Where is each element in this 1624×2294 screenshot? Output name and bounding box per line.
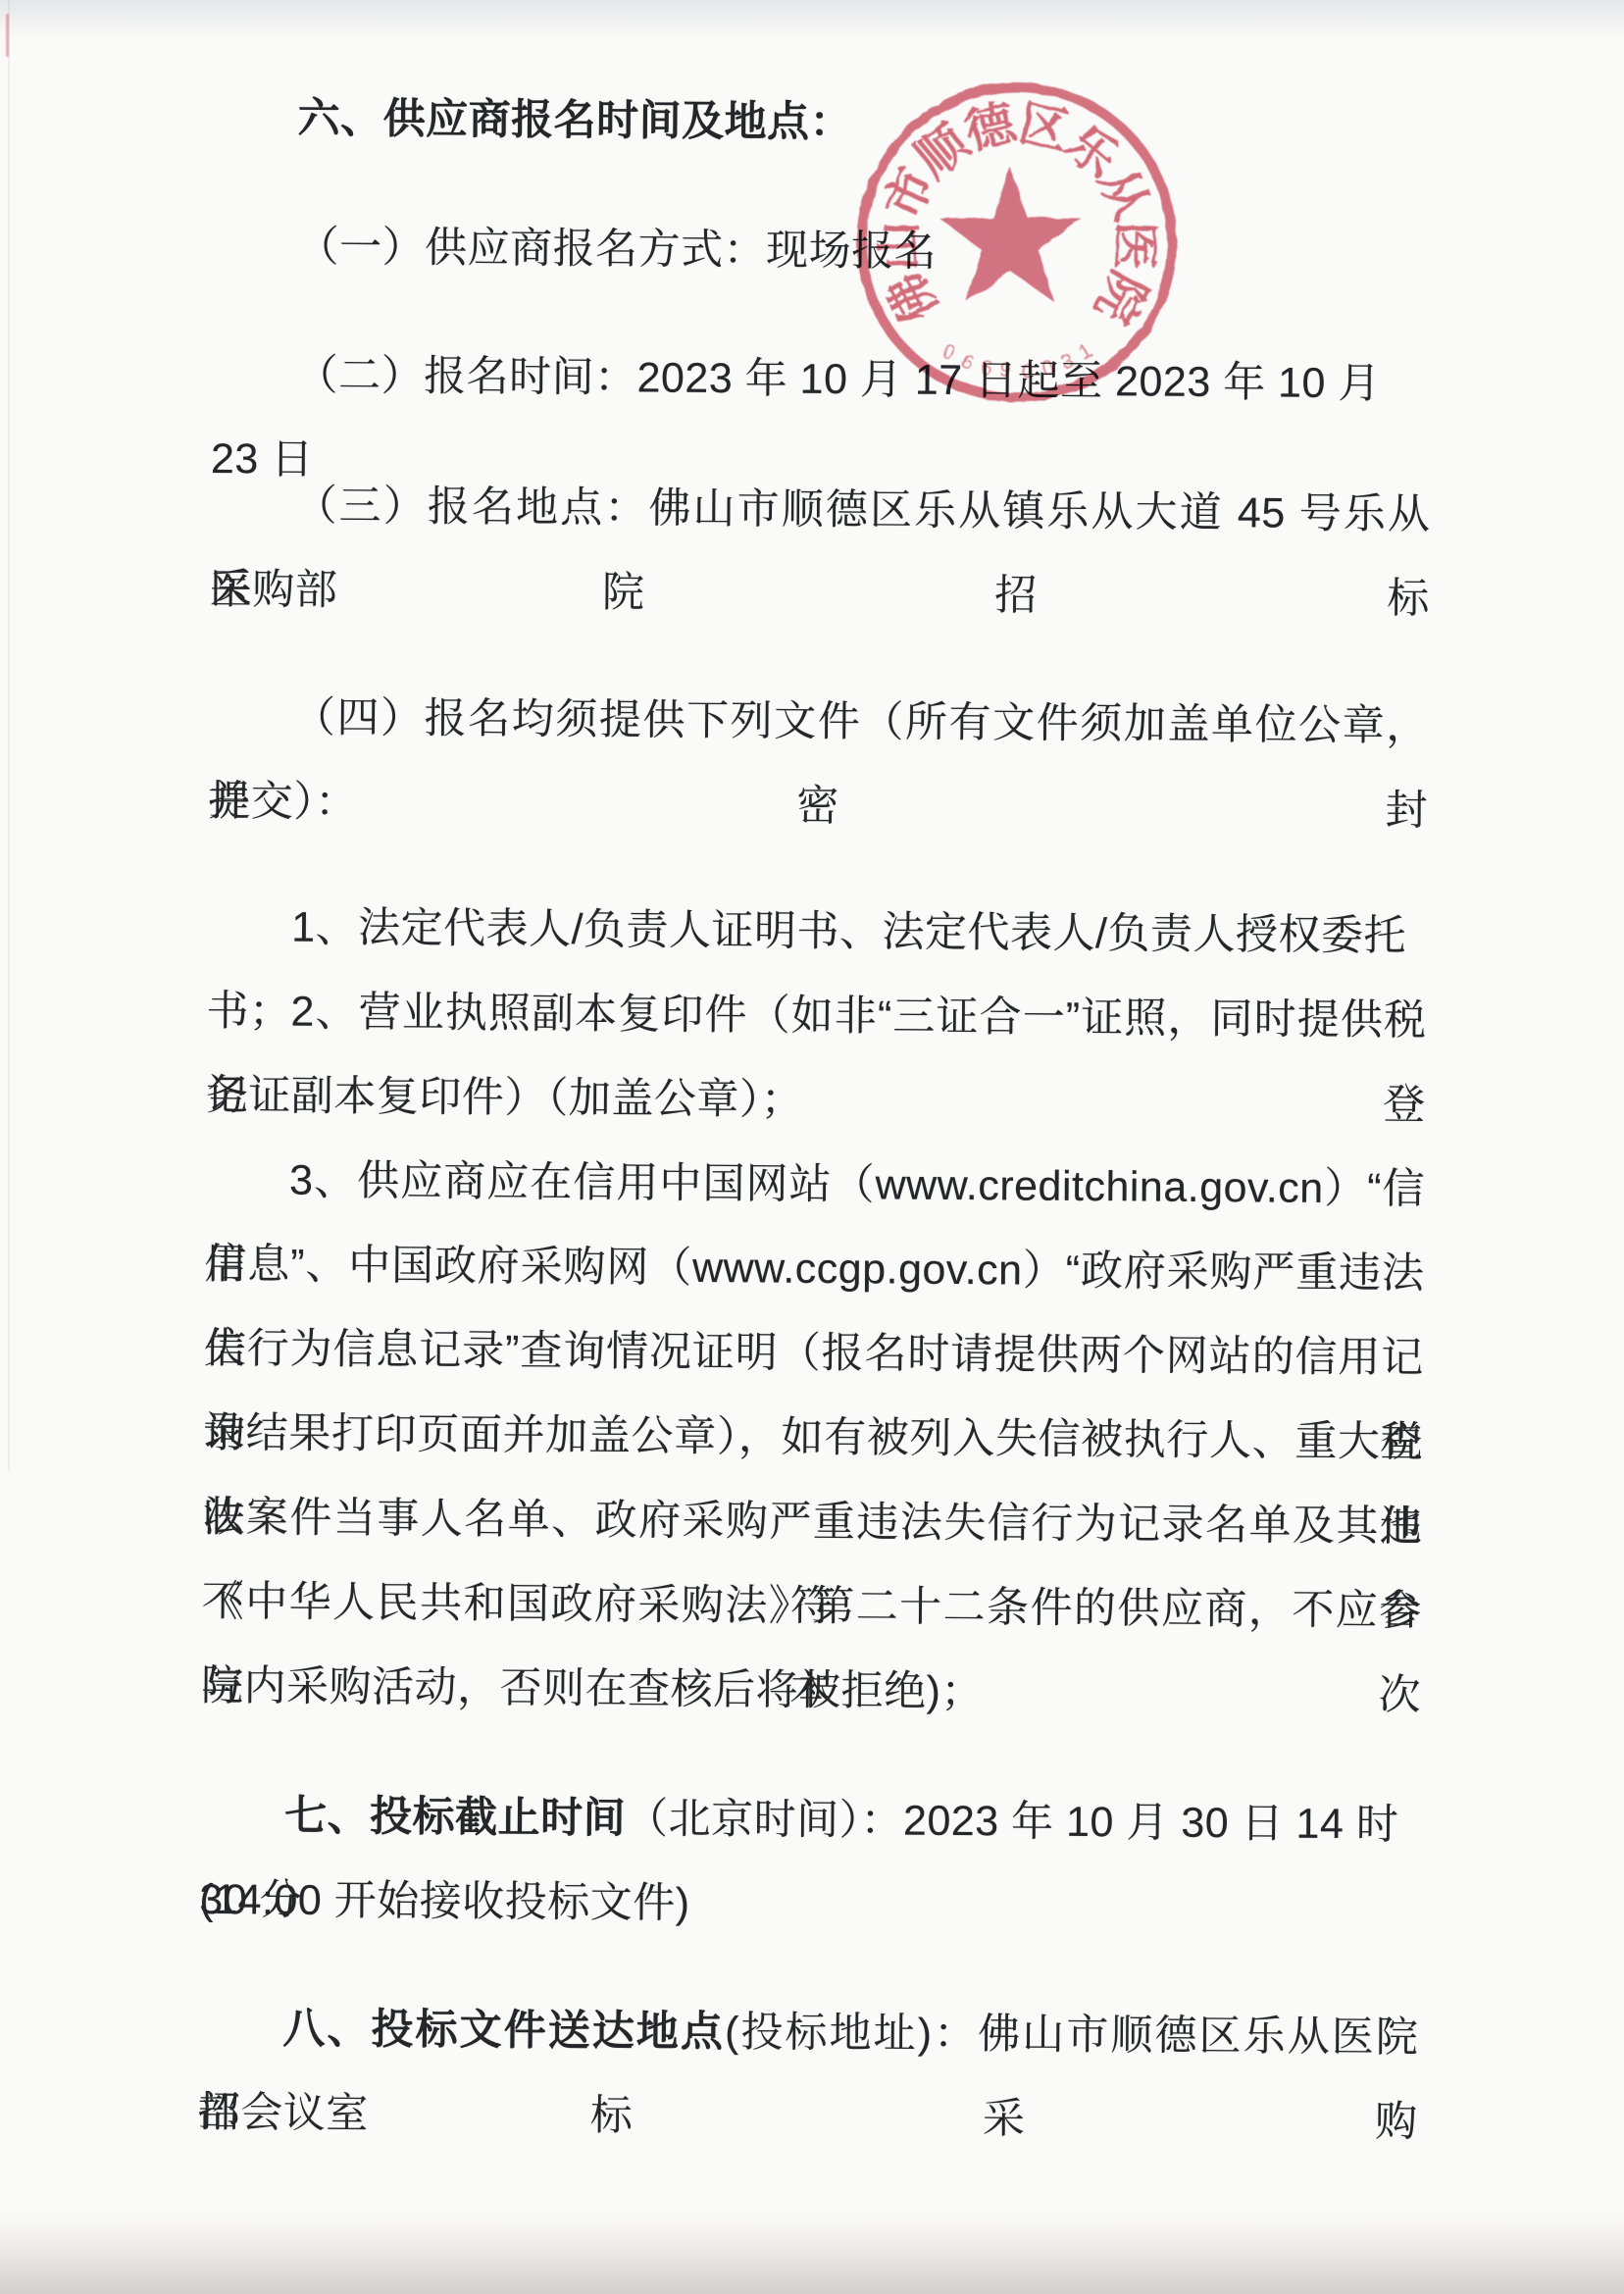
scan-top-shadow — [0, 0, 1624, 35]
item-3-credit-records: 3、供应商应在信用中国网站（www.creditchina.gov.cn）“信用… — [201, 1138, 1426, 1738]
para-1-registration-method: （一）供应商报名方式：现场报名 — [212, 204, 1433, 298]
text-segment: （四）报名均须提供下列文件（所有文件须加盖单位公章，并密封 — [208, 694, 1429, 835]
para-2-registration-time: （二）报名时间：2023 年 10 月 17 日起至 2023 年 10 月 2… — [211, 332, 1432, 427]
seal-arc-char: 山 — [871, 221, 928, 272]
section-7-bid-deadline: 七、投标截止时间（北京时间）：2023 年 10 月 30 日 14 时 30 … — [199, 1773, 1420, 1952]
text-line: 询结果打印页面并加盖公章），如有被列入失信被执行人、重大税收违 — [203, 1391, 1424, 1485]
para-3-registration-place: （三）报名地点：佛山市顺德区乐从镇乐从大道 45 号乐从医院招标采购部 — [210, 463, 1431, 641]
text-line: 3、供应商应在信用中国网站（www.creditchina.gov.cn）“信用 — [205, 1138, 1426, 1232]
text-segment: (14:00 开始接收投标文件) — [199, 1876, 690, 1927]
seal-serial-digit: 3 — [1057, 349, 1077, 375]
text-line: 七、投标截止时间（北京时间）：2023 年 10 月 30 日 14 时 30 … — [200, 1773, 1421, 1867]
text-line: (14:00 开始接收投标文件) — [199, 1858, 1420, 1952]
item-2-business-license: 2、营业执照副本复印件（如非“三证合一”证照，同时提供税务登记证副本复印件）（加… — [205, 969, 1426, 1147]
text-segment: 六、供应商报名时间及地点： — [297, 95, 852, 146]
text-segment: 院内采购活动，否则在查核后将被拒绝)； — [201, 1662, 984, 1715]
text-line: （一）供应商报名方式：现场报名 — [212, 204, 1433, 298]
seal-serial-digit: 1 — [1075, 339, 1096, 365]
text-line: （四）报名均须提供下列文件（所有文件须加盖单位公章，并密封 — [209, 675, 1430, 769]
scanned-document-page: 六、供应商报名时间及地点：（一）供应商报名方式：现场报名（二）报名时间：2023… — [0, 0, 1624, 2294]
seal-serial-digit: 6 — [978, 356, 994, 381]
seal-star-icon — [939, 167, 1082, 302]
text-segment: 采购部 — [210, 566, 338, 614]
text-segment: 提交）： — [208, 778, 358, 826]
text-segment: （三）报名地点：佛山市顺德区乐从镇乐从大道 45 号乐从医院招标 — [210, 483, 1431, 623]
official-seal-stamp: 佛山市顺德区乐从医院 06690031 — [836, 61, 1198, 424]
text-segment: 八、投标文件送达地点 — [282, 2006, 725, 2057]
text-line: 信息”、中国政府采购网（www.ccgp.gov.cn）“政府采购严重违法失 — [204, 1222, 1425, 1316]
section-8-delivery-place: 八、投标文件送达地点(投标地址)：佛山市顺德区乐从医院招标采购部会议室 — [197, 1986, 1418, 2165]
ink-speck — [6, 14, 9, 57]
seal-serial-digit: 6 — [957, 349, 977, 375]
seal-serial-number: 06690031 — [938, 339, 1096, 382]
text-segment: 记证副本复印件）（加盖公章）； — [206, 1072, 804, 1124]
scan-bottom-shadow — [0, 2223, 1624, 2294]
text-line: 八、投标文件送达地点(投标地址)：佛山市顺德区乐从医院招标采购 — [198, 1986, 1419, 2080]
para-4-required-documents: （四）报名均须提供下列文件（所有文件须加盖单位公章，并密封提交）： — [208, 675, 1429, 853]
text-line: （二）报名时间：2023 年 10 月 17 日起至 2023 年 10 月 2… — [211, 332, 1432, 427]
text-line: 《中华人民共和国政府采购法》第二十二条件的供应商，不应参与本次 — [201, 1559, 1422, 1654]
text-line: （三）报名地点：佛山市顺德区乐从镇乐从大道 45 号乐从医院招标 — [210, 463, 1431, 557]
text-line: 六、供应商报名时间及地点： — [213, 76, 1434, 170]
seal-serial-digit: 0 — [1040, 356, 1056, 381]
seal-serial-digit: 0 — [938, 339, 959, 365]
text-line: 法案件当事人名单、政府采购严重违法失信行为记录名单及其他不符合 — [202, 1475, 1423, 1569]
seal-arc-char: 医 — [1106, 221, 1163, 272]
scan-left-edge-line — [8, 0, 10, 1471]
text-segment: 部会议室 — [197, 2089, 368, 2137]
seal-serial-digit: 9 — [1000, 360, 1013, 383]
text-line: 1、法定代表人/负责人证明书、法定代表人/负责人授权委托书； — [207, 885, 1428, 979]
text-line: 2、营业执照副本复印件（如非“三证合一”证照，同时提供税务登 — [206, 969, 1427, 1063]
item-1-legal-representative: 1、法定代表人/负责人证明书、法定代表人/负责人授权委托书； — [207, 885, 1428, 979]
document-body: 六、供应商报名时间及地点：（一）供应商报名方式：现场报名（二）报名时间：2023… — [197, 76, 1434, 2165]
section-6-heading: 六、供应商报名时间及地点： — [213, 76, 1434, 170]
text-segment: 七、投标截止时间 — [284, 1793, 626, 1843]
text-line: 信行为信息记录”查询情况证明（报名时请提供两个网站的信用记录查 — [203, 1306, 1424, 1401]
seal-arc-char: 德 — [960, 95, 1022, 160]
seal-serial-digit: 0 — [1021, 360, 1034, 383]
